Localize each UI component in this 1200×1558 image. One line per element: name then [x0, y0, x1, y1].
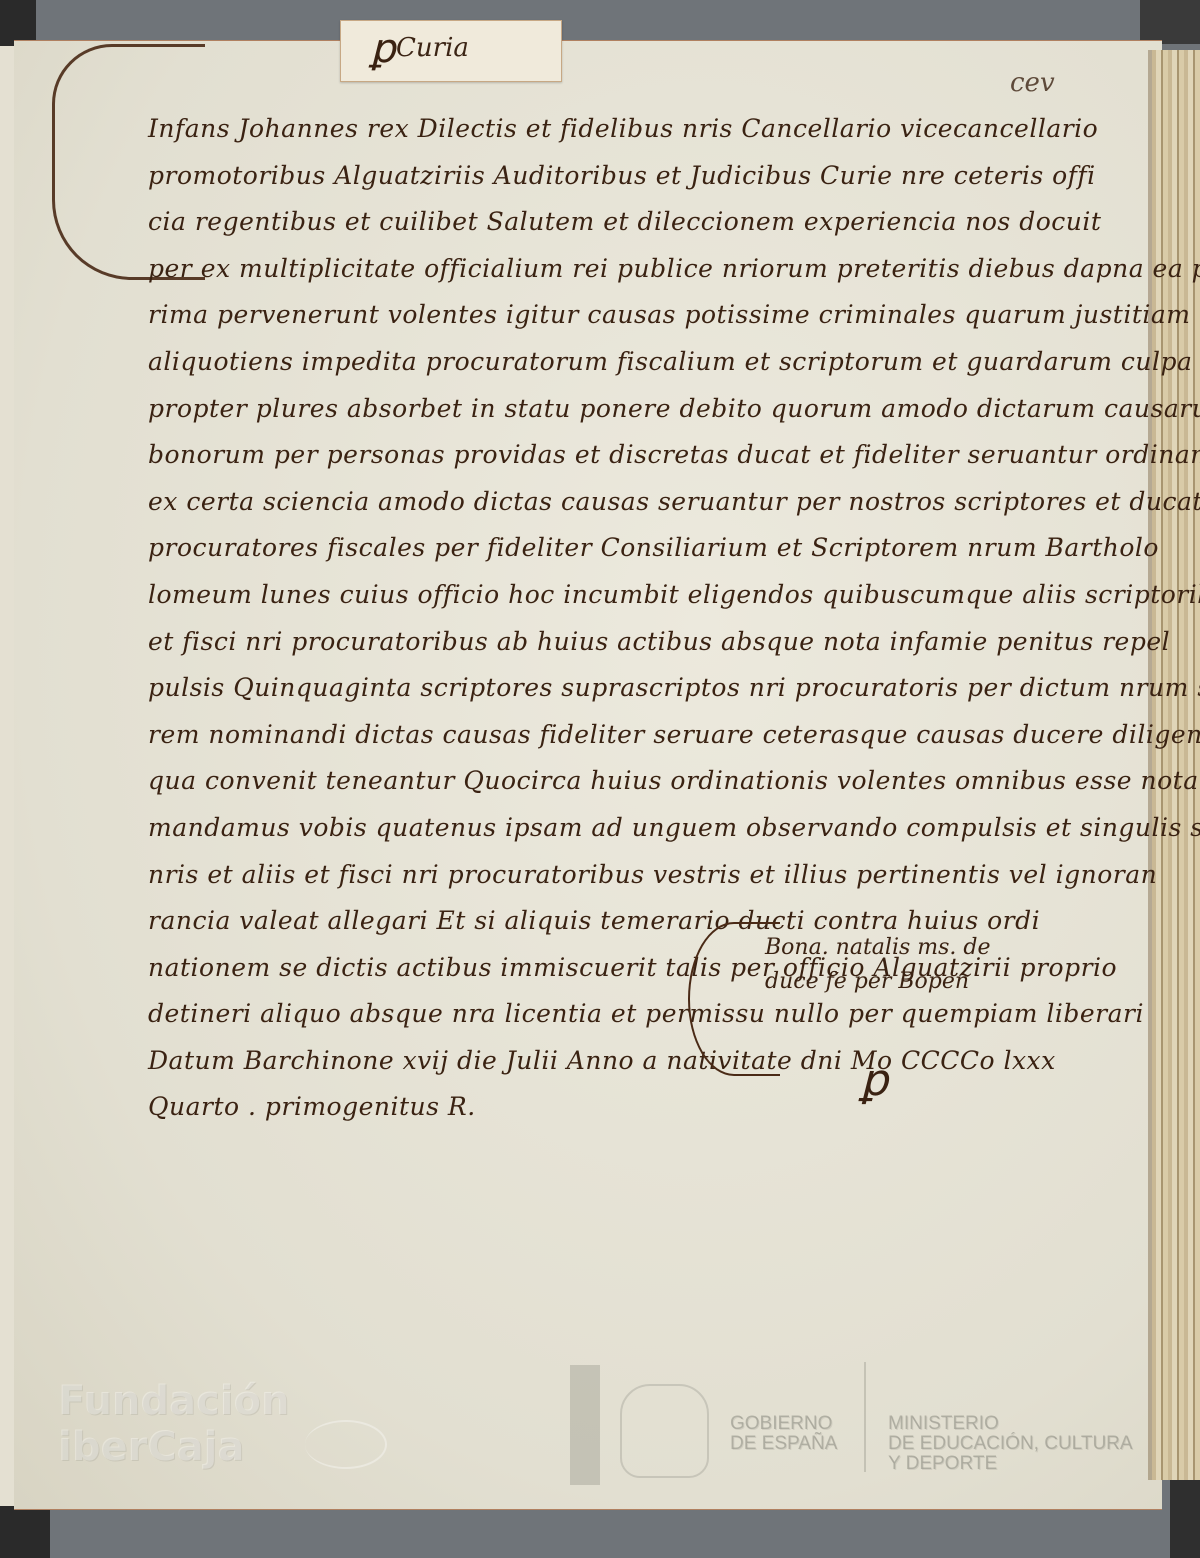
text-line: promotoribus Alguatziriis Auditoribus et…: [148, 161, 1108, 208]
text-line: qua convenit teneantur Quocirca huius or…: [148, 766, 1108, 813]
text-line: cia regentibus et cuilibet Salutem et di…: [148, 207, 1108, 254]
text-line: pulsis Quinquaginta scriptores suprascri…: [148, 673, 1108, 720]
subscription-line: Bona. natalis ms. de: [765, 935, 991, 969]
text-line: bonorum per personas providas et discret…: [148, 440, 1108, 487]
ibercaja-logo-icon: [305, 1420, 387, 1469]
background-corner: [1140, 0, 1200, 44]
watermark-divider: [864, 1362, 866, 1472]
ibercaja-watermark: Fundación iberCaja: [58, 1378, 289, 1470]
text-line: ex certa sciencia amodo dictas causas se…: [148, 487, 1108, 534]
text-line: per ex multiplicitate officialium rei pu…: [148, 254, 1108, 301]
signature-mark-icon: ꝑ: [860, 1055, 888, 1106]
text-line: rima pervenerunt volentes igitur causas …: [148, 300, 1108, 347]
gobierno-watermark: GOBIERNO DE ESPAÑA: [730, 1414, 837, 1454]
text-line: procuratores fiscales per fideliter Cons…: [148, 533, 1108, 580]
watermark-line: DE EDUCACIÓN, CULTURA: [888, 1434, 1133, 1454]
watermark-line: iberCaja: [58, 1424, 289, 1470]
text-line: rem nominandi dictas causas fideliter se…: [148, 720, 1108, 767]
subscription: Bona. natalis ms. de duce fe per Bopen: [765, 935, 991, 1003]
watermark-line: MINISTERIO: [888, 1414, 1133, 1434]
text-line: nris et aliis et fisci nri procuratoribu…: [148, 860, 1108, 907]
text-line: Quarto . primogenitus R.: [148, 1092, 1108, 1139]
text-line: et fisci nri procuratoribus ab huius act…: [148, 627, 1108, 674]
watermark-line: Y DEPORTE: [888, 1454, 1133, 1474]
text-line: mandamus vobis quatenus ipsam ad unguem …: [148, 813, 1108, 860]
text-line: detineri aliquo absque nra licentia et p…: [148, 999, 1108, 1046]
background-corner: [0, 1506, 50, 1558]
coat-of-arms-icon: [620, 1384, 709, 1478]
label-slip-text: Curia: [396, 33, 469, 63]
watermark-line: GOBIERNO: [730, 1414, 837, 1434]
watermark-line: DE ESPAÑA: [730, 1434, 837, 1454]
text-line: Infans Johannes rex Dilectis et fidelibu…: [148, 114, 1108, 161]
subscription-line: duce fe per Bopen: [765, 969, 991, 1003]
text-line: Datum Barchinone xvij die Julii Anno a n…: [148, 1046, 1108, 1093]
watermark-line: Fundación: [58, 1378, 289, 1424]
gobierno-band-icon: [570, 1365, 600, 1485]
text-line: lomeum lunes cuius officio hoc incumbit …: [148, 580, 1108, 627]
ministerio-watermark: MINISTERIO DE EDUCACIÓN, CULTURA Y DEPOR…: [888, 1414, 1133, 1474]
background-corner: [1170, 1480, 1200, 1558]
folio-number: cev: [1010, 68, 1055, 98]
text-line: propter plures absorbet in statu ponere …: [148, 394, 1108, 441]
paraph-mark-icon: ꝑ: [370, 26, 395, 72]
text-line: aliquotiens impedita procuratorum fiscal…: [148, 347, 1108, 394]
